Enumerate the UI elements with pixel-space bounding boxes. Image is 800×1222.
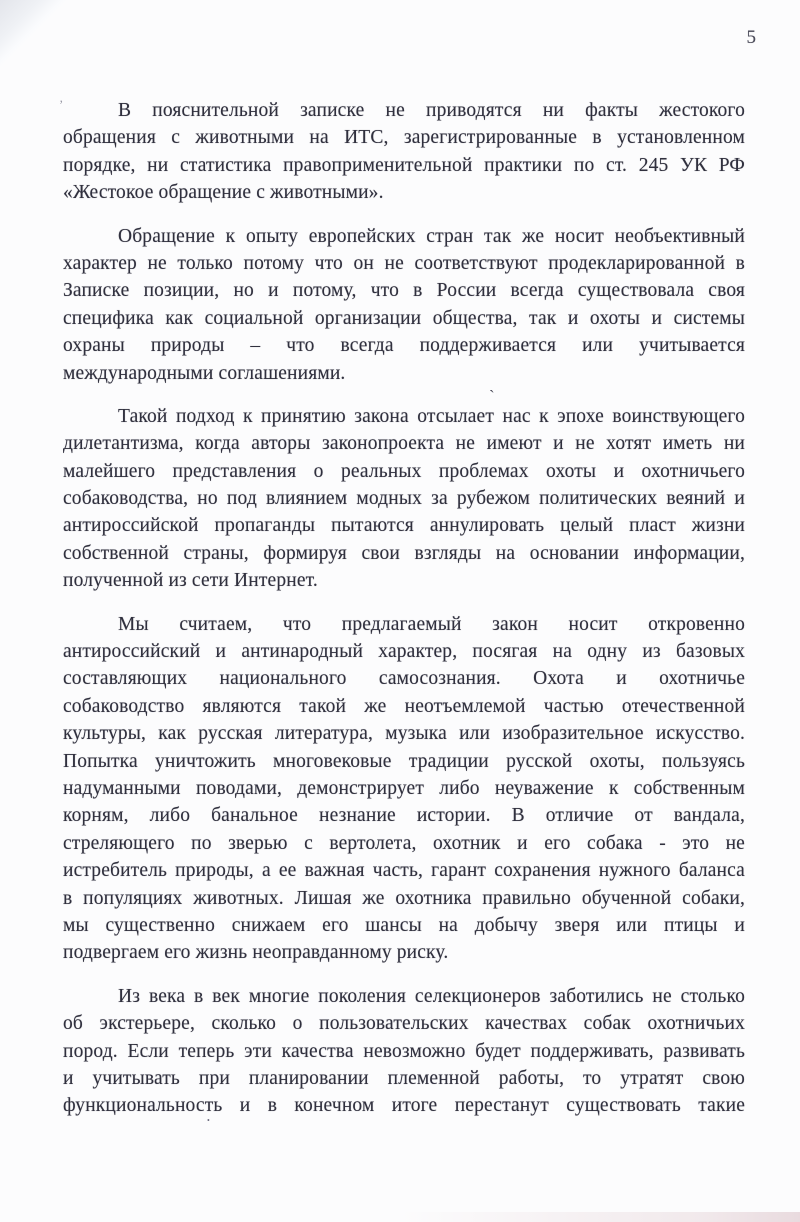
text-line: в популяциях животных. Лишая же охотника…: [63, 885, 745, 912]
scan-shadow-bottom: [0, 1212, 800, 1222]
text-line: корням, либо банальное незнание истории.…: [63, 802, 745, 829]
paragraph: В пояснительной записке не приводятся ни…: [63, 97, 745, 207]
text-line: функциональность и в конечном итоге пере…: [63, 1092, 745, 1119]
text-line: собаководства, но под влиянием модных за…: [63, 485, 745, 512]
text-line: Обращение к опыту европейских стран так …: [63, 223, 745, 250]
text-line: Из века в век многие поколения селекцион…: [63, 983, 745, 1010]
text-line: подвергаем его жизнь неоправданному риск…: [63, 939, 745, 966]
text-line: «Жестокое обращение с животными».: [63, 179, 745, 206]
text-line: специфика как социальной организации общ…: [63, 305, 745, 332]
text-line: охраны природы – что всегда поддерживает…: [63, 332, 745, 359]
text-line: и учитывать при планировании племенной р…: [63, 1065, 745, 1092]
document-text: В пояснительной записке не приводятся ни…: [63, 97, 745, 1136]
scan-speck: •: [207, 1117, 210, 1125]
text-line: международными соглашениями.: [63, 360, 745, 387]
text-line: В пояснительной записке не приводятся ни…: [63, 97, 745, 124]
text-line: надуманными поводами, демонстрирует либо…: [63, 775, 745, 802]
text-line: собаководство являются такой же неотъемл…: [63, 693, 745, 720]
text-line: пород. Если теперь эти качества невозмож…: [63, 1038, 745, 1065]
scan-speck: ˋ: [489, 388, 495, 405]
scan-speck: ʼ: [59, 98, 63, 111]
text-line: культуры, как русская литература, музыка…: [63, 720, 745, 747]
text-line: Мы считаем, что предлагаемый закон носит…: [63, 611, 745, 638]
text-line: полученной из сети Интернет.: [63, 567, 745, 594]
text-line: характер не только потому что он не соот…: [63, 250, 745, 277]
text-line: малейшего представления о реальных пробл…: [63, 458, 745, 485]
text-line: дилетантизма, когда авторы законопроекта…: [63, 430, 745, 457]
text-line: составляющих национального самосознания.…: [63, 665, 745, 692]
paragraph: Из века в век многие поколения селекцион…: [63, 983, 745, 1120]
paragraph: Такой подход к принятию закона отсылает …: [63, 403, 745, 595]
paragraph: Мы считаем, что предлагаемый закон носит…: [63, 611, 745, 967]
text-line: мы существенно снижаем его шансы на добы…: [63, 912, 745, 939]
text-line: собственной страны, формируя свои взгляд…: [63, 540, 745, 567]
text-line: Попытка уничтожить многовековые традиции…: [63, 748, 745, 775]
text-line: антироссийской пропаганды пытаются аннул…: [63, 512, 745, 539]
text-line: Записке позиции, но и потому, что в Росс…: [63, 277, 745, 304]
text-line: Такой подход к принятию закона отсылает …: [63, 403, 745, 430]
text-line: об экстерьере, сколько о пользовательски…: [63, 1010, 745, 1037]
document-page: 5 В пояснительной записке не приводятся …: [0, 0, 800, 1222]
text-line: истребитель природы, а ее важная часть, …: [63, 857, 745, 884]
page-number: 5: [747, 27, 757, 49]
text-line: стреляющего по зверью с вертолета, охотн…: [63, 830, 745, 857]
text-line: обращения с животными на ИТС, зарегистри…: [63, 124, 745, 151]
text-line: антироссийский и антинародный характер, …: [63, 638, 745, 665]
paragraph: Обращение к опыту европейских стран так …: [63, 223, 745, 387]
scan-crease-top-left: [0, 0, 66, 66]
text-line: порядке, ни статистика правоприменительн…: [63, 152, 745, 179]
